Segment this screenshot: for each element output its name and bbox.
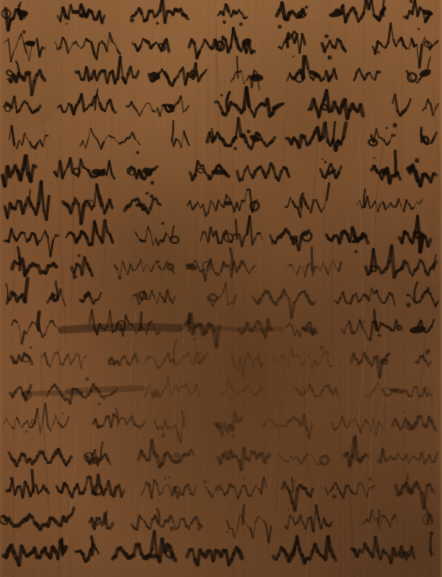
artwork-photo xyxy=(0,0,442,577)
manuscript-painting-canvas xyxy=(0,0,442,577)
